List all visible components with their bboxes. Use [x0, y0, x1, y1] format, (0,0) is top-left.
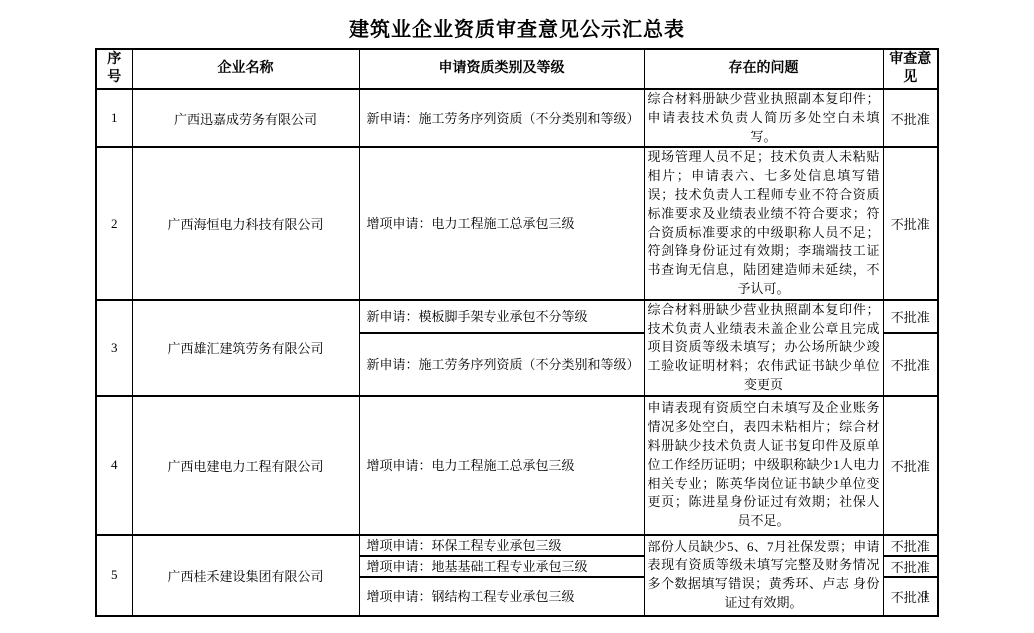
table-row: 3 广西雄汇建筑劳务有限公司 新申请：模板脚手架专业承包不分等级 综合材料册缺少… — [96, 300, 938, 334]
table-header-row: 序号 企业名称 申请资质类别及等级 存在的问题 审查意见 — [96, 49, 938, 89]
header-problems: 存在的问题 — [644, 49, 883, 89]
cell-review-opinion: 不批准 — [883, 333, 938, 395]
cell-company-name: 广西海恒电力科技有限公司 — [132, 147, 359, 299]
cell-company-name: 广西电建电力工程有限公司 — [132, 396, 359, 535]
page-number: 1 — [916, 587, 936, 602]
qualification-review-table: 序号 企业名称 申请资质类别及等级 存在的问题 审查意见 1 广西迅嘉成劳务有限… — [95, 48, 939, 617]
table-row: 2 广西海恒电力科技有限公司 增项申请：电力工程施工总承包三级 现场管理人员不足… — [96, 147, 938, 299]
cell-company-name: 广西雄汇建筑劳务有限公司 — [132, 300, 359, 396]
cell-row-number: 4 — [96, 396, 132, 535]
cell-review-opinion: 不批准 — [883, 535, 938, 556]
cell-application-category: 增项申请：钢结构工程专业承包三级 — [359, 577, 644, 616]
cell-application-category: 增项申请：电力工程施工总承包三级 — [359, 396, 644, 535]
cell-review-opinion: 不批准 — [883, 556, 938, 577]
cell-review-opinion: 不批准 — [883, 300, 938, 334]
table-row: 5 广西桂禾建设集团有限公司 增项申请：环保工程专业承包三级 部份人员缺少5、6… — [96, 535, 938, 556]
header-company-name: 企业名称 — [132, 49, 359, 89]
page-title: 建筑业企业资质审查意见公示汇总表 — [0, 13, 1034, 42]
cell-problems: 综合材料册缺少营业执照副本复印件；申请表技术负责人简历多处空白未填写。 — [644, 89, 883, 147]
cell-problems: 部份人员缺少5、6、7月社保发票；申请表现有资质等级未填写完整及财务情况多个数据… — [644, 535, 883, 616]
cell-row-number: 1 — [96, 89, 132, 147]
cell-row-number: 2 — [96, 147, 132, 299]
cell-application-category: 新申请：施工劳务序列资质（不分类别和等级） — [359, 333, 644, 395]
cell-review-opinion: 不批准 — [883, 89, 938, 147]
document-page: 建筑业企业资质审查意见公示汇总表 序号 企业名称 申请资质类别及等级 存在的问题… — [0, 0, 1034, 633]
cell-application-category: 增项申请：环保工程专业承包三级 — [359, 535, 644, 556]
table-row: 1 广西迅嘉成劳务有限公司 新申请：施工劳务序列资质（不分类别和等级） 综合材料… — [96, 89, 938, 147]
cell-company-name: 广西桂禾建设集团有限公司 — [132, 535, 359, 616]
cell-problems: 现场管理人员不足；技术负责人未粘贴相片；申请表六、七多处信息填写错误；技术负责人… — [644, 147, 883, 299]
header-row-number: 序号 — [96, 49, 132, 89]
cell-row-number: 5 — [96, 535, 132, 616]
cell-application-category: 新申请：模板脚手架专业承包不分等级 — [359, 300, 644, 334]
header-review-opinion: 审查意见 — [883, 49, 938, 89]
cell-application-category: 增项申请：地基基础工程专业承包三级 — [359, 556, 644, 577]
cell-review-opinion: 不批准 — [883, 147, 938, 299]
cell-company-name: 广西迅嘉成劳务有限公司 — [132, 89, 359, 147]
cell-problems: 综合材料册缺少营业执照副本复印件；技术负责人业绩表未盖企业公章且完成项目资质等级… — [644, 300, 883, 396]
cell-application-category: 新申请：施工劳务序列资质（不分类别和等级） — [359, 89, 644, 147]
cell-problems: 申请表现有资质空白未填写及企业账务情况多处空白，表四未粘相片；综合材料册缺少技术… — [644, 396, 883, 535]
table-row: 4 广西电建电力工程有限公司 增项申请：电力工程施工总承包三级 申请表现有资质空… — [96, 396, 938, 535]
cell-application-category: 增项申请：电力工程施工总承包三级 — [359, 147, 644, 299]
header-application-category: 申请资质类别及等级 — [359, 49, 644, 89]
cell-review-opinion: 不批准 — [883, 396, 938, 535]
cell-row-number: 3 — [96, 300, 132, 396]
